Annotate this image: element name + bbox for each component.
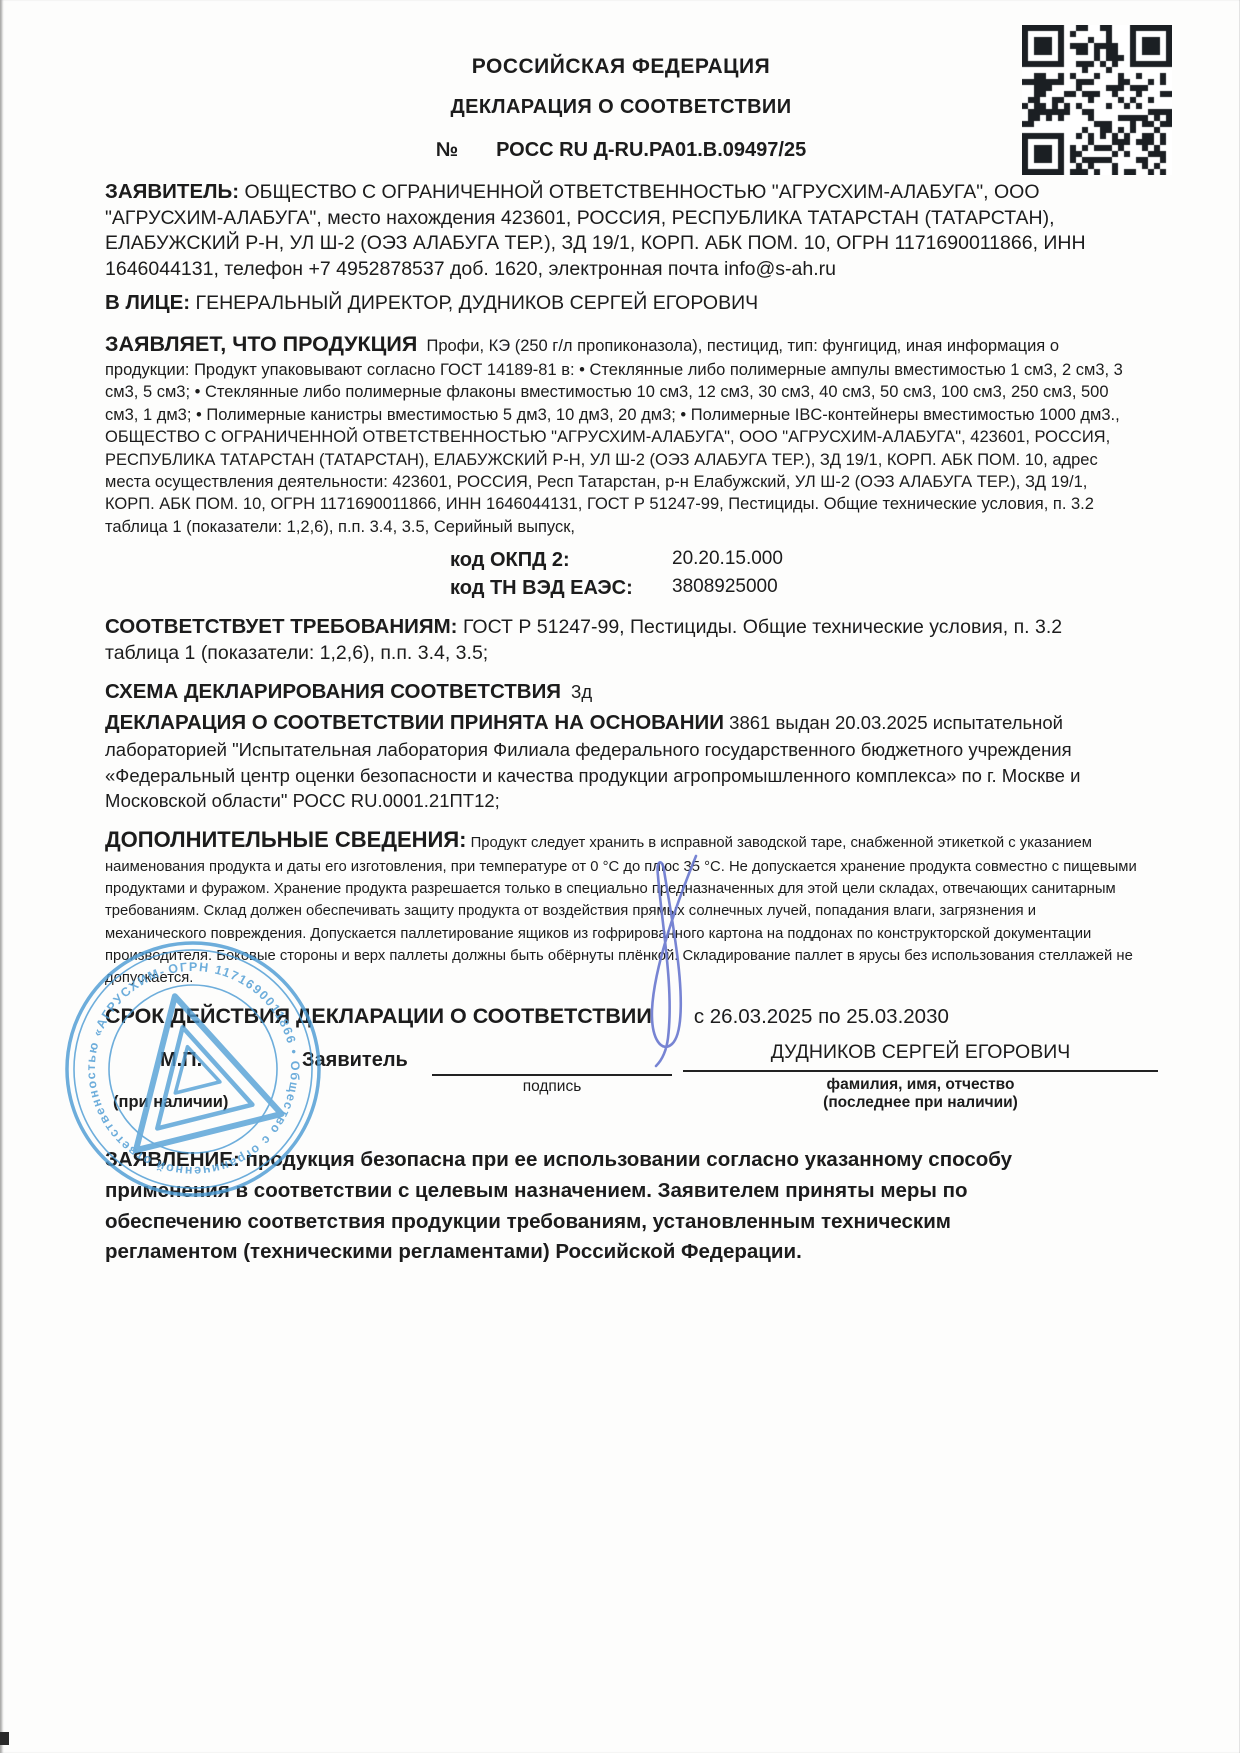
signer-name-block: ДУДНИКОВ СЕРГЕЙ ЕГОРОВИЧ фамилия, имя, о… (683, 1041, 1158, 1112)
codes-block: код ОКПД 2: 20.20.15.000 код ТН ВЭД ЕАЭС… (105, 546, 1137, 602)
product-paragraph: ЗАЯВЛЯЕТ, ЧТО ПРОДУКЦИЯ Профи, КЭ (250 г… (105, 330, 1137, 539)
applicant-paragraph: ЗАЯВИТЕЛЬ: ОБЩЕСТВО С ОГРАНИЧЕННОЙ ОТВЕТ… (105, 178, 1137, 283)
declaration-number-line: №РОСС RU Д-RU.РА01.В.09497/25 (105, 139, 1137, 162)
country-title: РОССИЙСКАЯ ФЕДЕРАЦИЯ (105, 55, 1137, 79)
okpd-label: код ОКПД 2: (450, 546, 672, 574)
declaration-number: РОСС RU Д-RU.РА01.В.09497/25 (496, 139, 806, 161)
declaration-document: РОССИЙСКАЯ ФЕДЕРАЦИЯ ДЕКЛАРАЦИЯ О СООТВЕ… (0, 0, 1240, 1753)
in-person-paragraph: В ЛИЦЕ: ГЕНЕРАЛЬНЫЙ ДИРЕКТОР, ДУДНИКОВ С… (105, 290, 1137, 317)
document-header: РОССИЙСКАЯ ФЕДЕРАЦИЯ ДЕКЛАРАЦИЯ О СООТВЕ… (105, 55, 1137, 162)
tnved-row: код ТН ВЭД ЕАЭС: 3808925000 (450, 574, 1137, 602)
product-label: ЗАЯВЛЯЕТ, ЧТО ПРОДУКЦИЯ (105, 332, 417, 356)
additional-info-label: ДОПОЛНИТЕЛЬНЫЕ СВЕДЕНИЯ: (105, 827, 467, 852)
scheme-label: СХЕМА ДЕКЛАРИРОВАНИЯ СООТВЕТСТВИЯ (105, 680, 561, 703)
applicant-label: ЗАЯВИТЕЛЬ: (105, 180, 239, 203)
tnved-value: 3808925000 (672, 574, 778, 602)
number-sign: № (436, 139, 458, 162)
okpd-row: код ОКПД 2: 20.20.15.000 (450, 546, 1137, 574)
signer-name: ДУДНИКОВ СЕРГЕЙ ЕГОРОВИЧ (683, 1041, 1158, 1072)
signer-name-caption: фамилия, имя, отчество (683, 1076, 1158, 1094)
basis-label: ДЕКЛАРАЦИЯ О СООТВЕТСТВИИ ПРИНЯТА НА ОСН… (105, 711, 724, 734)
signer-name-caption2: (последнее при наличии) (683, 1094, 1158, 1112)
in-person-text: ГЕНЕРАЛЬНЫЙ ДИРЕКТОР, ДУДНИКОВ СЕРГЕЙ ЕГ… (196, 292, 759, 314)
complies-label: СООТВЕТСТВУЕТ ТРЕБОВАНИЯМ: (105, 615, 458, 638)
product-text: Профи, КЭ (250 г/л пропиконазола), пести… (105, 337, 1123, 536)
tnved-label: код ТН ВЭД ЕАЭС: (450, 574, 672, 602)
signature-caption: подпись (432, 1078, 672, 1096)
basis-paragraph: ДЕКЛАРАЦИЯ О СООТВЕТСТВИИ ПРИНЯТА НА ОСН… (105, 709, 1137, 814)
document-title: ДЕКЛАРАЦИЯ О СООТВЕТСТВИИ (105, 96, 1137, 119)
okpd-value: 20.20.15.000 (672, 546, 783, 574)
handwritten-signature (612, 848, 742, 1073)
complies-paragraph: СООТВЕТСТВУЕТ ТРЕБОВАНИЯМ: ГОСТ Р 51247-… (105, 613, 1137, 667)
applicant-text: ОБЩЕСТВО С ОГРАНИЧЕННОЙ ОТВЕТСТВЕННОСТЬЮ… (105, 181, 1086, 280)
scheme-line: СХЕМА ДЕКЛАРИРОВАНИЯ СООТВЕТСТВИЯ3д (105, 680, 1137, 704)
scheme-value: 3д (571, 681, 592, 702)
scan-artifact (0, 1732, 9, 1745)
in-person-label: В ЛИЦЕ: (105, 291, 190, 314)
